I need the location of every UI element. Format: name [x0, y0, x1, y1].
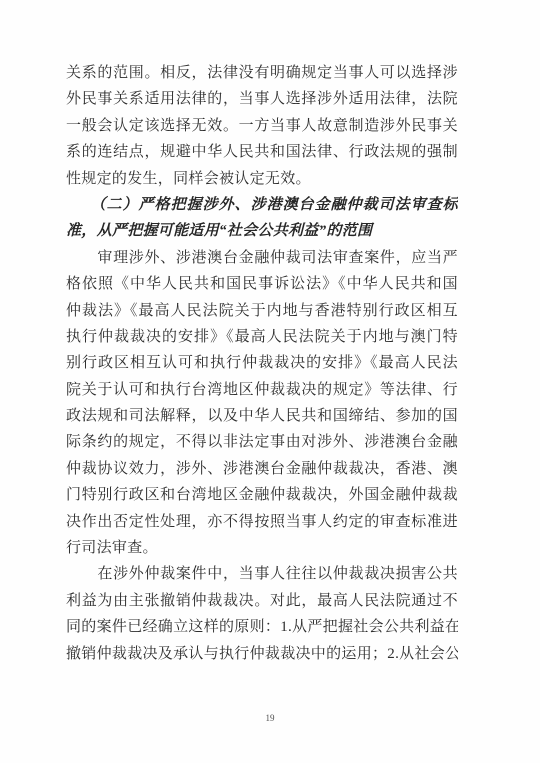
text-line: 撤销仲裁裁决及承认与执行仲裁裁决中的运用；2.从社会公 — [66, 641, 458, 667]
text-line: 一般会认定该选择无效。一方当事人故意制造涉外民事关 — [66, 113, 458, 139]
text-line: 审理涉外、涉港澳台金融仲裁司法审查案件，应当严 — [66, 245, 458, 271]
text-block: 关系的范围。相反，法律没有明确规定当事人可以选择涉外民事关系适用法律的，当事人选… — [66, 60, 458, 667]
text-line: 外民事关系适用法律的，当事人选择涉外适用法律，法院 — [66, 86, 458, 112]
text-line: 性规定的发生，同样会被认定无效。 — [66, 166, 458, 192]
heading-line: （二）严格把握涉外、涉港澳台金融仲裁司法审查标 — [66, 192, 458, 218]
text-line: 利益为由主张撤销仲裁裁决。对此，最高人民法院通过不 — [66, 588, 458, 614]
text-line: 仲裁协议效力，涉外、涉港澳台金融仲裁裁决，香港、澳 — [66, 456, 458, 482]
text-line: 仲裁法》《最高人民法院关于内地与香港特别行政区相互 — [66, 298, 458, 324]
text-line: 门特别行政区和台湾地区金融仲裁裁决，外国金融仲裁裁 — [66, 482, 458, 508]
text-line: 院关于认可和执行台湾地区仲裁裁决的规定》等法律、行 — [66, 377, 458, 403]
text-line: 行司法审查。 — [66, 535, 458, 561]
document-page: 关系的范围。相反，法律没有明确规定当事人可以选择涉外民事关系适用法律的，当事人选… — [0, 0, 540, 763]
text-line: 同的案件已经确立这样的原则：1.从严把握社会公共利益在 — [66, 614, 458, 640]
text-line: 在涉外仲裁案件中，当事人往往以仲裁裁决损害公共 — [66, 561, 458, 587]
text-line: 关系的范围。相反，法律没有明确规定当事人可以选择涉 — [66, 60, 458, 86]
text-line: 政法规和司法解释，以及中华人民共和国缔结、参加的国 — [66, 403, 458, 429]
page-number: 19 — [0, 713, 540, 723]
text-line: 别行政区相互认可和执行仲裁裁决的安排》《最高人民法 — [66, 350, 458, 376]
heading-line: 准，从严把握可能适用“社会公共利益”的范围 — [66, 218, 458, 244]
text-line: 格依照《中华人民共和国民事诉讼法》《中华人民共和国 — [66, 271, 458, 297]
text-line: 执行仲裁裁决的安排》《最高人民法院关于内地与澳门特 — [66, 324, 458, 350]
text-line: 系的连结点，规避中华人民共和国法律、行政法规的强制 — [66, 139, 458, 165]
text-line: 决作出否定性处理，亦不得按照当事人约定的审查标准进 — [66, 509, 458, 535]
text-line: 际条约的规定，不得以非法定事由对涉外、涉港澳台金融 — [66, 429, 458, 455]
